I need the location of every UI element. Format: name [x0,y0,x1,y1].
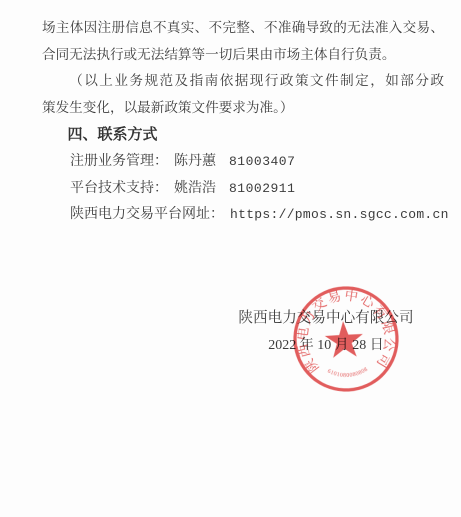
signature-block: 陕西电力交易中心有限公司 2022 年 10 月 28 日 [238,309,414,355]
body-text: 场主体因注册信息不真实、不完整、不准确导致的无法准入交易、 合同无法执行或无法结… [42,15,444,229]
body-line: （以上业务规范及指南依据现行政策文件制定，如部分政 [42,68,444,95]
contact-line-support: 平台技术支持：姚浩浩81002911 [42,176,444,203]
website-line: 陕西电力交易平台网址：https://pmos.sn.sgcc.com.cn [42,202,444,229]
contact-line-registration: 注册业务管理：陈丹蕙81003407 [42,149,444,176]
section-heading: 四、联系方式 [42,121,444,149]
document-page: 场主体因注册信息不真实、不完整、不准确导致的无法准入交易、 合同无法执行或无法结… [0,0,461,517]
contact-label: 注册业务管理： [70,154,168,169]
contact-name: 陈丹蕙 [174,154,216,169]
signature-date: 2022 年 10 月 28 日 [238,337,414,355]
contact-phone: 81002911 [229,181,295,196]
contact-name: 姚浩浩 [174,181,216,196]
website-url: https://pmos.sn.sgcc.com.cn [230,207,449,222]
website-label: 陕西电力交易平台网址： [70,207,224,222]
seal-code: 6101080080808 [326,366,370,380]
body-line: 场主体因注册信息不真实、不完整、不准确导致的无法准入交易、 [42,15,444,42]
signature-company: 陕西电力交易中心有限公司 [238,309,414,327]
contact-label: 平台技术支持： [70,181,168,196]
body-line: 合同无法执行或无法结算等一切后果由市场主体自行负责。 [42,42,444,69]
contact-phone: 81003407 [229,154,295,169]
body-line: 策发生变化，以最新政策文件要求为准。） [42,95,444,122]
